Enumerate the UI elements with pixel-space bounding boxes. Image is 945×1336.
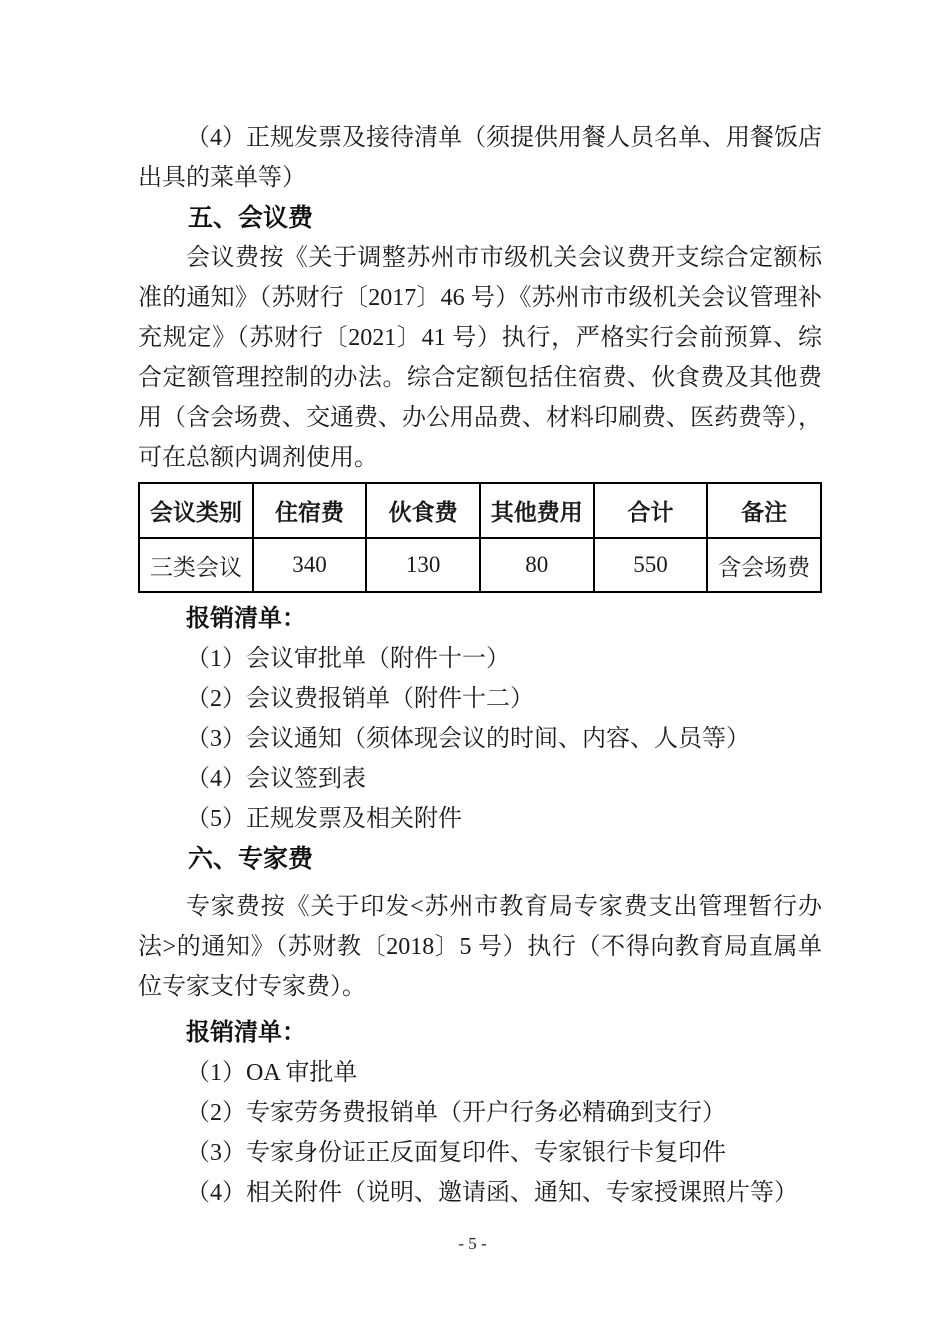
table-header-remarks: 备注 [707,483,821,538]
table-header-other-fee: 其他费用 [480,483,594,538]
table-header-row: 会议类别 住宿费 伙食费 其他费用 合计 备注 [139,483,821,538]
list-item: （1）OA 审批单 [138,1053,822,1093]
list-item: （2）专家劳务费报销单（开户行务必精确到支行） [138,1093,822,1133]
document-page: （4）正规发票及接待清单（须提供用餐人员名单、用餐饭店出具的菜单等） 五、会议费… [0,0,945,1336]
table-cell-lodging-fee: 340 [253,538,367,592]
table-header-meeting-type: 会议类别 [139,483,253,538]
list-item: （1）会议审批单（附件十一） [138,639,822,679]
table-header-meal-fee: 伙食费 [366,483,480,538]
list-item: （3）会议通知（须体现会议的时间、内容、人员等） [138,719,822,759]
section-heading-expert-fee: 六、专家费 [138,839,822,879]
section-heading-meeting-fee: 五、会议费 [138,198,822,238]
table-header-total: 合计 [594,483,708,538]
meeting-fee-paragraph: 会议费按《关于调整苏州市市级机关会议费开支综合定额标准的通知》（苏财行〔2017… [138,238,822,478]
list-item: （3）专家身份证正反面复印件、专家银行卡复印件 [138,1133,822,1173]
table-cell-remarks: 含会场费 [707,538,821,592]
document-content: （4）正规发票及接待清单（须提供用餐人员名单、用餐饭店出具的菜单等） 五、会议费… [138,118,822,1213]
page-number: - 5 - [0,1234,945,1254]
expert-reimbursement-list-title: 报销清单： [138,1013,822,1053]
meeting-fee-table: 会议类别 住宿费 伙食费 其他费用 合计 备注 三类会议 340 130 80 … [138,482,822,593]
table-row: 三类会议 340 130 80 550 含会场费 [139,538,821,592]
table-cell-meeting-type: 三类会议 [139,538,253,592]
expert-fee-paragraph: 专家费按《关于印发<苏州市教育局专家费支出管理暂行办法>的通知》（苏财教〔201… [138,887,822,1007]
list-item: （5）正规发票及相关附件 [138,799,822,839]
paragraph-receipts-item4: （4）正规发票及接待清单（须提供用餐人员名单、用餐饭店出具的菜单等） [138,118,822,198]
list-item: （4）会议签到表 [138,759,822,799]
list-item: （4）相关附件（说明、邀请函、通知、专家授课照片等） [138,1173,822,1213]
meeting-fee-table-body: 三类会议 340 130 80 550 含会场费 [139,538,821,592]
meeting-fee-table-head: 会议类别 住宿费 伙食费 其他费用 合计 备注 [139,483,821,538]
table-header-lodging-fee: 住宿费 [253,483,367,538]
list-item: （2）会议费报销单（附件十二） [138,679,822,719]
table-cell-other-fee: 80 [480,538,594,592]
table-cell-total: 550 [594,538,708,592]
table-cell-meal-fee: 130 [366,538,480,592]
meeting-reimbursement-list-title: 报销清单： [138,599,822,639]
